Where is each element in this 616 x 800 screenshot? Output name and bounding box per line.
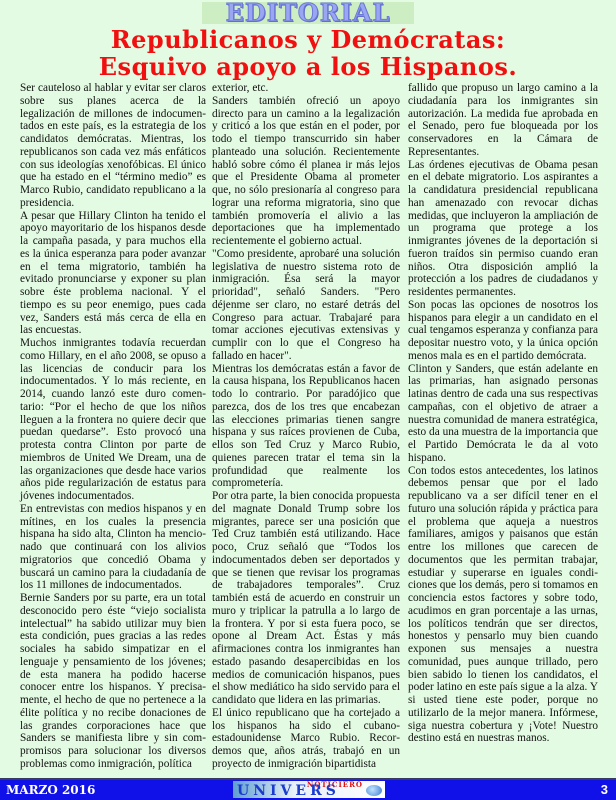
paragraph: exterior, etc. <box>212 82 400 95</box>
paragraph: Por otra parte, la bien conocida propu­e… <box>212 490 400 707</box>
masthead: EDITORIAL <box>0 0 616 26</box>
issue-date: MARZO 2016 <box>6 783 95 797</box>
paragraph: Bernie Sanders por su parte, era un tota… <box>20 592 206 771</box>
noticiero-universo-logo: NOTICIERO UNIVERS <box>233 781 385 798</box>
article-column-2: exterior, etc. Sanders también ofreció u… <box>212 82 400 771</box>
globe-icon <box>366 785 382 796</box>
paragraph: Son pocas las opciones de nosotros los h… <box>408 299 598 363</box>
headline: Republicanos y Demócratas: Esquivo apoyo… <box>0 26 616 80</box>
headline-line-1: Republicanos y Demócratas: <box>0 26 616 53</box>
section-title: EDITORIAL <box>0 0 616 26</box>
article-column-3: fallido que propuso un largo camino a la… <box>408 82 598 745</box>
paragraph: A pesar que Hillary Clinton ha tenido el… <box>20 210 206 338</box>
paragraph: Con todos estos antecedentes, los latino… <box>408 465 598 746</box>
page-number: 3 <box>601 782 608 797</box>
paragraph: Las órdenes ejecutivas de Obama pesan en… <box>408 159 598 299</box>
paragraph: Clinton y Sanders, que están adelante en… <box>408 363 598 465</box>
page-footer: MARZO 2016 NOTICIERO UNIVERS 3 <box>0 778 616 800</box>
paragraph: Muchos inmigrantes todavía recuerdan com… <box>20 337 206 503</box>
paragraph: En entrevistas con medios hispanos y en … <box>20 503 206 592</box>
paragraph: fallido que propuso un largo camino a la… <box>408 82 598 159</box>
article-column-1: Ser cauteloso al hablar y evitar ser cla… <box>20 82 206 771</box>
paragraph: "Como presidente, aprobaré una solución … <box>212 248 400 363</box>
paragraph: Sanders también ofreció un apoyo directo… <box>212 95 400 248</box>
paragraph: Mientras los demócratas están a favor de… <box>212 363 400 491</box>
headline-line-2: Esquivo apoyo a los Hispanos. <box>0 53 616 80</box>
logo-univers-text: UNIVERS <box>237 784 340 798</box>
paragraph: El único republicano que ha cortejado a … <box>212 707 400 771</box>
article-body: Ser cauteloso al hablar y evitar ser cla… <box>0 82 616 770</box>
paragraph: Ser cauteloso al hablar y evitar ser cla… <box>20 82 206 210</box>
